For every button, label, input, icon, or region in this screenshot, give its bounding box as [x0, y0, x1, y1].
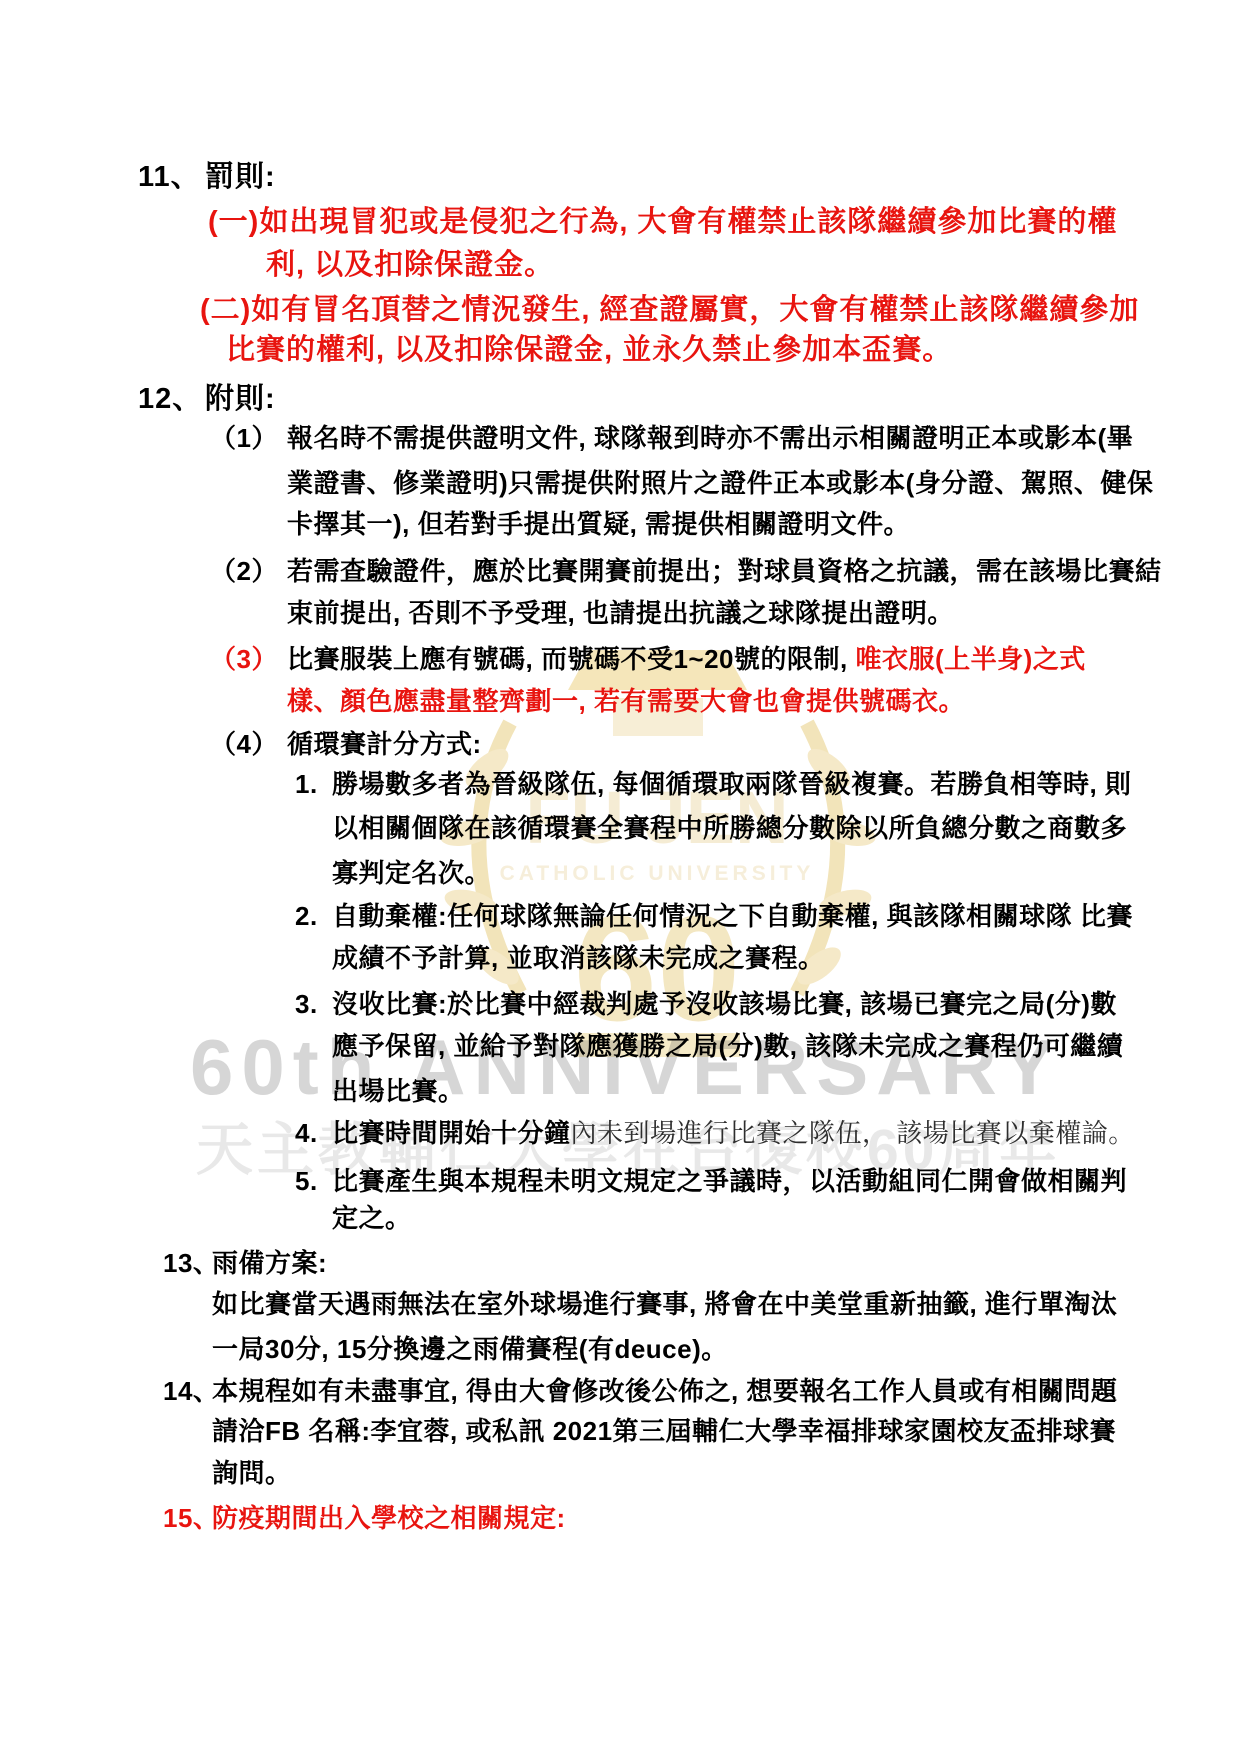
text-part: （2） [210, 556, 278, 586]
line-col: 循環賽計分方式: [287, 728, 482, 760]
line-col: 14、 [163, 1375, 219, 1407]
text-part: 2. [295, 901, 318, 931]
text-part: 14、 [163, 1376, 219, 1406]
line-col: 成績不予計算, 並取消該隊未完成之賽程。 [332, 942, 824, 974]
line-col: 利, 以及扣除保證金。 [266, 248, 554, 282]
document-page: FU JEN CATHOLIC UNIVERSITY 60 60th ANNIV… [0, 0, 1242, 1755]
line-col: (二)如有冒名頂替之情況發生, 經查證屬實，大會有權禁止該隊繼續參加 [200, 293, 1139, 327]
text-part: 循環賽計分方式: [287, 729, 482, 759]
line-col: 沒收比賽:於比賽中經裁判處予沒收該場比賽, 該場已賽完之局(分)數 [332, 988, 1117, 1020]
line-col: 勝場數多者為晉級隊伍, 每個循環取兩隊晉級複賽。若勝負相等時, 則 [332, 768, 1131, 800]
line-col: 比賽時間開始十分鐘內未到場進行比賽之隊伍， 該場比賽以棄權論。 [332, 1117, 1135, 1149]
text-part: 4. [295, 1118, 318, 1148]
text-part: 以相關個隊在該循環賽全賽程中所勝總分數除以所負總分數之商數多 [332, 813, 1127, 843]
line-col: （1） [210, 422, 278, 454]
line-col: 3. [295, 988, 318, 1020]
line-col: 寡判定名次。 [332, 857, 491, 889]
text-part: 樣、顏色應盡量整齊劃一, 若有需要大會也會提供號碼衣。 [287, 686, 965, 716]
text-part: 3. [295, 989, 318, 1019]
line-col: (一)如出現冒犯或是侵犯之行為, 大會有權禁止該隊繼續參加比賽的權 [208, 205, 1117, 239]
text-part: (二)如有冒名頂替之情況發生, 經查證屬實，大會有權禁止該隊繼續參加 [200, 294, 1139, 326]
text-part: 內未到場進行比賽之隊伍， 該場比賽以棄權論。 [571, 1118, 1135, 1148]
text-part: 附則: [205, 383, 276, 415]
text-part: 本規程如有未盡事宜, 得由大會修改後公佈之, 想要報名工作人員或有相關問題 [212, 1376, 1117, 1406]
text-part: 卡擇其一), 但若對手提出質疑, 需提供相關證明文件。 [287, 509, 910, 539]
text-part: （3） [210, 644, 278, 674]
text-part: 利, 以及扣除保證金。 [266, 249, 554, 281]
text-part: 束前提出, 否則不予受理, 也請提出抗議之球隊提出證明。 [287, 598, 954, 628]
line-col: 卡擇其一), 但若對手提出質疑, 需提供相關證明文件。 [287, 508, 910, 540]
line-col: 一局30分, 15分換邊之雨備賽程(有deuce)。 [212, 1333, 728, 1365]
text-part: 定之。 [332, 1203, 412, 1233]
line-col: 定之。 [332, 1202, 412, 1234]
line-col: 比賽服裝上應有號碼, 而號碼不受1~20號的限制, 唯衣服(上半身)之式 [287, 643, 1086, 675]
text-part: 1. [295, 769, 318, 799]
line-col: 2. [295, 900, 318, 932]
line-col: 出場比賽。 [332, 1075, 465, 1107]
line-col: 報名時不需提供證明文件, 球隊報到時亦不需出示相關證明正本或影本(畢 [287, 422, 1133, 454]
line-col: 樣、顏色應盡量整齊劃一, 若有需要大會也會提供號碼衣。 [287, 685, 965, 717]
line-col: 13、 [163, 1247, 219, 1279]
text-part: 13、 [163, 1248, 219, 1278]
text-part: 唯衣服(上半身)之式 [855, 644, 1085, 674]
line-col: 12、 [138, 382, 202, 416]
text-part: 12、 [138, 383, 202, 415]
line-col: 1. [295, 768, 318, 800]
line-col: 束前提出, 否則不予受理, 也請提出抗議之球隊提出證明。 [287, 597, 954, 629]
line-col: 比賽產生與本規程未明文規定之爭議時，以活動組同仁開會做相關判 [332, 1165, 1127, 1197]
line-col: （2） [210, 555, 278, 587]
text-part: 如比賽當天遇雨無法在室外球場進行賽事, 將會在中美堂重新抽籤, 進行單淘汰 [212, 1289, 1117, 1319]
text-part: 請洽FB 名稱:李宜蓉, 或私訊 2021第三屆輔仁大學幸福排球家園校友盃排球賽 [212, 1416, 1116, 1446]
document-lines: 11、罰則:(一)如出現冒犯或是侵犯之行為, 大會有權禁止該隊繼續參加比賽的權利… [0, 0, 1242, 1755]
text-part: 比賽時間開始十分鐘 [332, 1118, 571, 1148]
text-part: 罰則: [205, 161, 276, 193]
text-part: 一局30分, 15分換邊之雨備賽程(有deuce)。 [212, 1334, 728, 1364]
line-col: 以相關個隊在該循環賽全賽程中所勝總分數除以所負總分數之商數多 [332, 812, 1127, 844]
text-part: 應予保留, 並給予對隊應獲勝之局(分)數, 該隊未完成之賽程仍可繼續 [332, 1031, 1123, 1061]
line-col: 防疫期間出入學校之相關規定: [212, 1502, 566, 1534]
line-col: 應予保留, 並給予對隊應獲勝之局(分)數, 該隊未完成之賽程仍可繼續 [332, 1030, 1123, 1062]
text-part: （1） [210, 423, 278, 453]
text-part: 11、 [138, 161, 201, 193]
line-col: 5. [295, 1165, 318, 1197]
line-col: 若需查驗證件，應於比賽開賽前提出；對球員資格之抗議，需在該場比賽結 [287, 555, 1162, 587]
line-col: （4） [210, 728, 278, 760]
text-part: 寡判定名次。 [332, 858, 491, 888]
text-part: 防疫期間出入學校之相關規定: [212, 1503, 566, 1533]
line-col: （3） [210, 643, 278, 675]
text-part: 沒收比賽:於比賽中經裁判處予沒收該場比賽, 該場已賽完之局(分)數 [332, 989, 1117, 1019]
line-col: 15、 [163, 1502, 219, 1534]
line-col: 業證書、修業證明)只需提供附照片之證件正本或影本(身分證、駕照、健保 [287, 467, 1153, 499]
text-part: 成績不予計算, 並取消該隊未完成之賽程。 [332, 943, 824, 973]
line-col: 自動棄權:任何球隊無論任何情況之下自動棄權, 與該隊相關球隊 比賽 [332, 900, 1133, 932]
text-part: 報名時不需提供證明文件, 球隊報到時亦不需出示相關證明正本或影本(畢 [287, 423, 1133, 453]
text-part: 15、 [163, 1503, 219, 1533]
text-part: 比賽產生與本規程未明文規定之爭議時，以活動組同仁開會做相關判 [332, 1166, 1127, 1196]
line-col: 如比賽當天遇雨無法在室外球場進行賽事, 將會在中美堂重新抽籤, 進行單淘汰 [212, 1288, 1117, 1320]
line-col: 詢問。 [212, 1457, 292, 1489]
text-part: 自動棄權:任何球隊無論任何情況之下自動棄權, 與該隊相關球隊 比賽 [332, 901, 1133, 931]
text-part: 勝場數多者為晉級隊伍, 每個循環取兩隊晉級複賽。若勝負相等時, 則 [332, 769, 1131, 799]
line-col: 請洽FB 名稱:李宜蓉, 或私訊 2021第三屆輔仁大學幸福排球家園校友盃排球賽 [212, 1415, 1116, 1447]
text-part: (一)如出現冒犯或是侵犯之行為, 大會有權禁止該隊繼續參加比賽的權 [208, 206, 1117, 238]
text-part: 5. [295, 1166, 318, 1196]
text-part: 比賽服裝上應有號碼, 而號碼不受1~20號的限制, [287, 644, 855, 674]
line-col: 11、 [138, 160, 201, 194]
line-col: 雨備方案: [212, 1247, 327, 1279]
text-part: 出場比賽。 [332, 1076, 465, 1106]
text-part: （4） [210, 729, 278, 759]
line-col: 比賽的權利, 以及扣除保證金, 並永久禁止參加本盃賽。 [226, 333, 952, 367]
text-part: 雨備方案: [212, 1248, 327, 1278]
line-col: 4. [295, 1117, 318, 1149]
line-col: 附則: [205, 382, 276, 416]
text-part: 詢問。 [212, 1458, 292, 1488]
text-part: 若需查驗證件，應於比賽開賽前提出；對球員資格之抗議，需在該場比賽結 [287, 556, 1162, 586]
text-part: 比賽的權利, 以及扣除保證金, 並永久禁止參加本盃賽。 [226, 334, 952, 366]
text-part: 業證書、修業證明)只需提供附照片之證件正本或影本(身分證、駕照、健保 [287, 468, 1153, 498]
line-col: 本規程如有未盡事宜, 得由大會修改後公佈之, 想要報名工作人員或有相關問題 [212, 1375, 1117, 1407]
line-col: 罰則: [205, 160, 276, 194]
